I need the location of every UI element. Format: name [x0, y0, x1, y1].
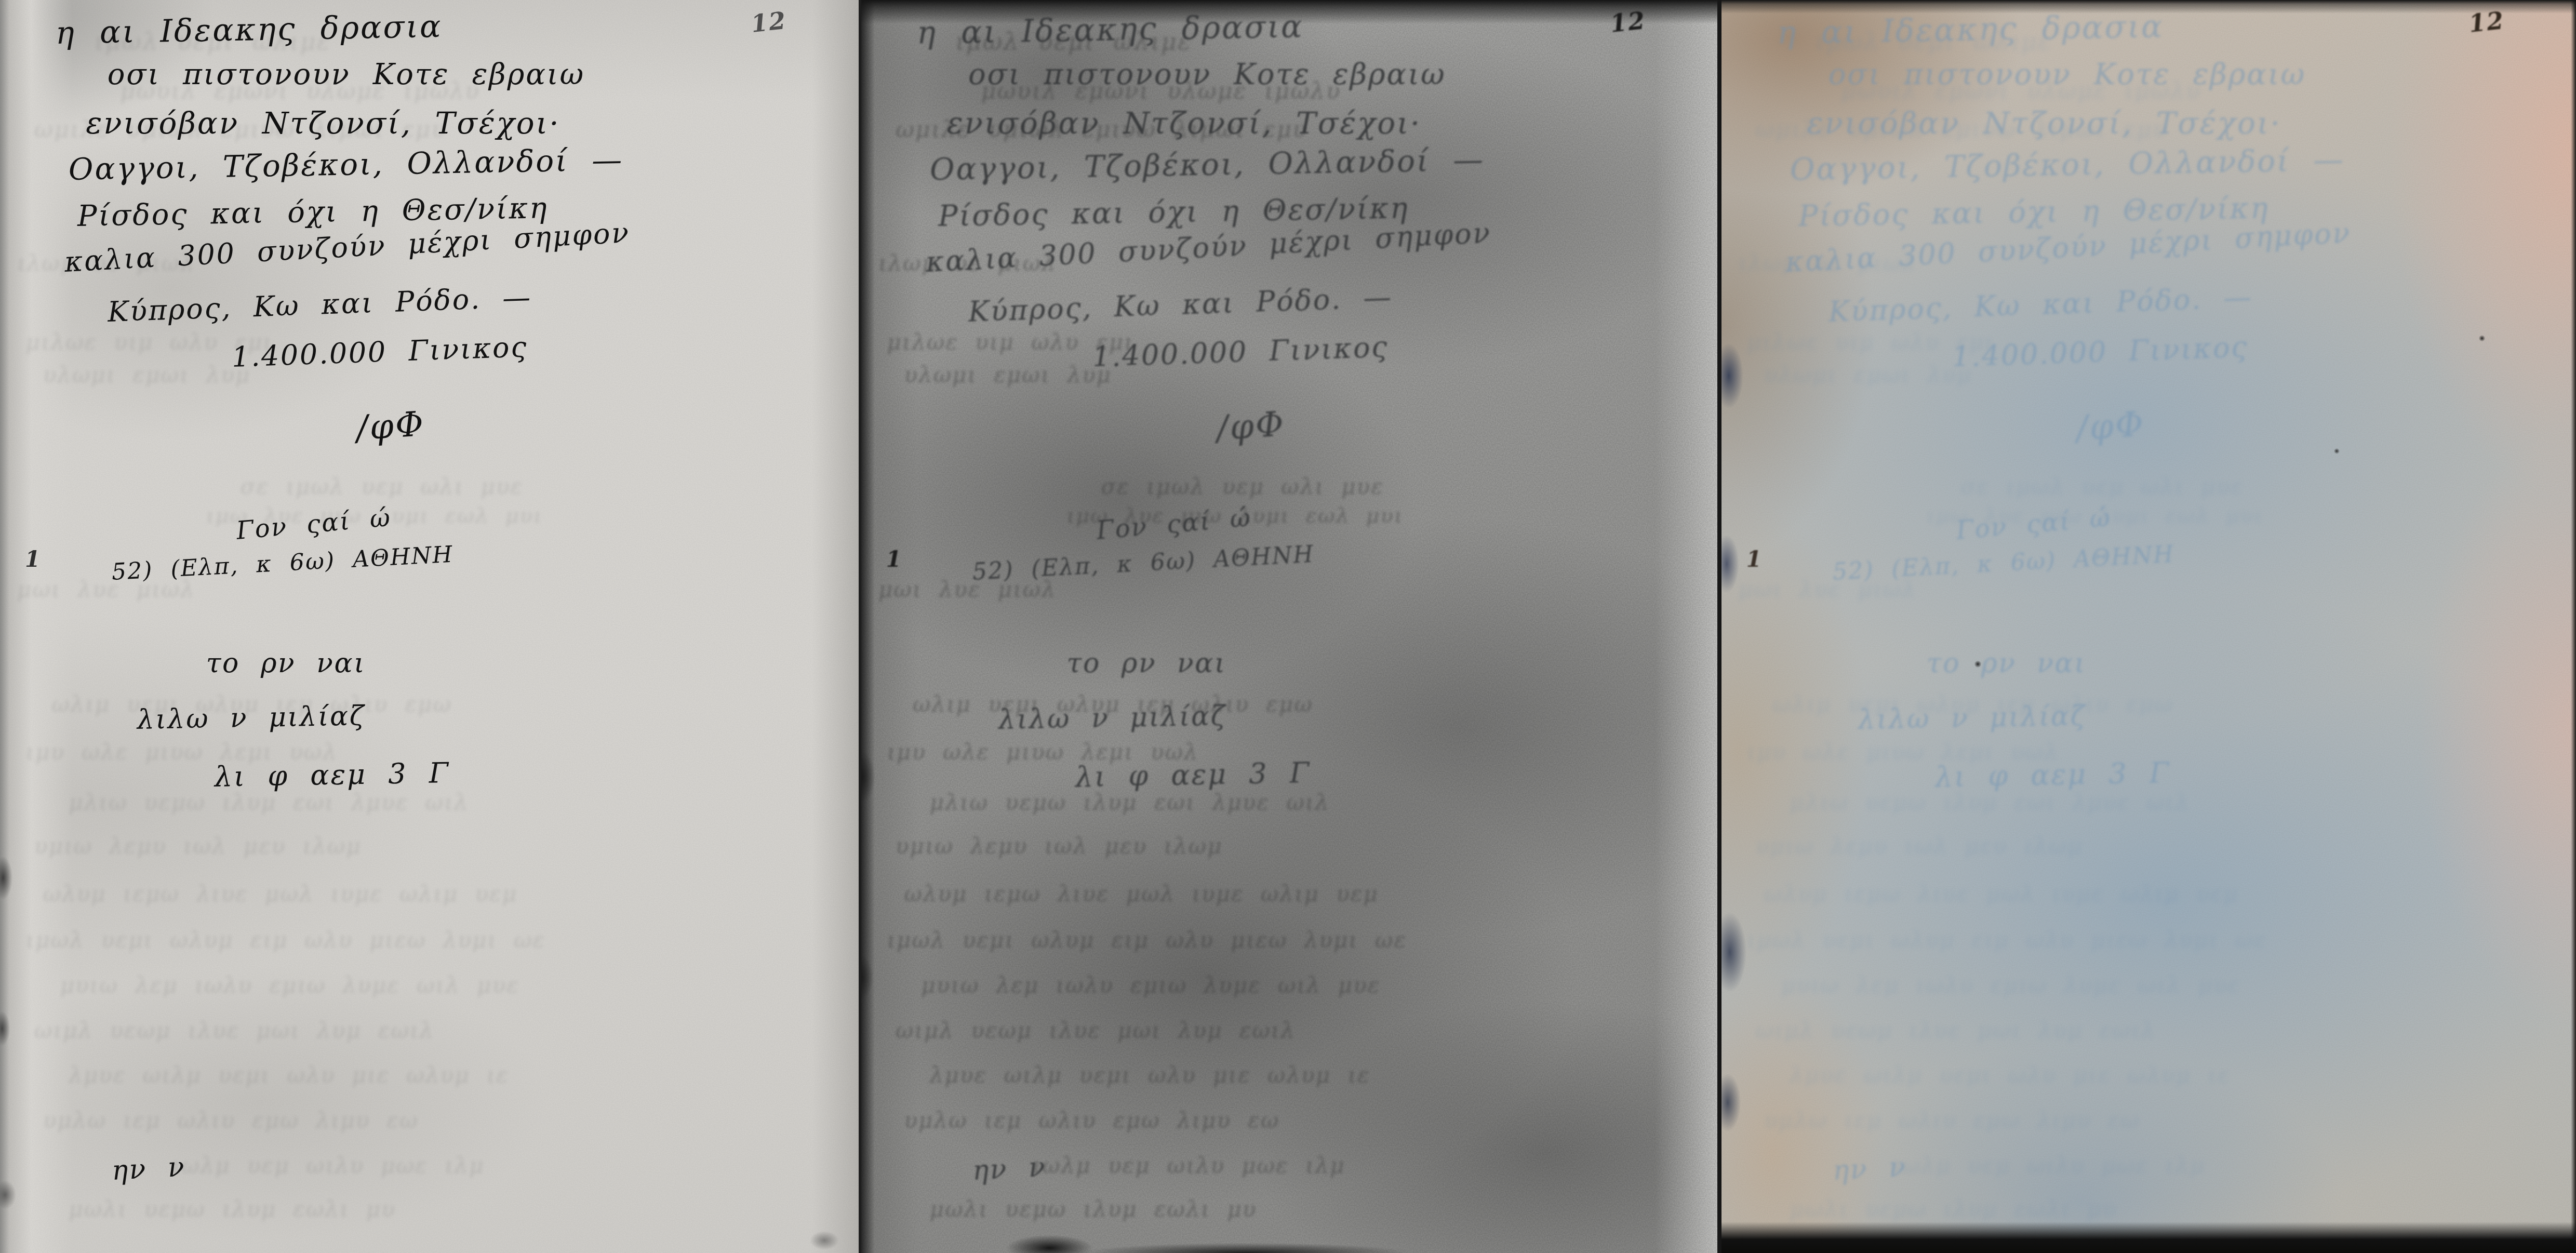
handwriting-line: οσι πιστονουν Κοτε εβραιω	[1828, 58, 2306, 91]
bleedthrough-line: ωιμλ υεωμ ιλυε μωι λυμ εωιλ	[896, 1018, 1296, 1043]
bleedthrough-line: μωλι υεμω ιλυμ εωλι μυ	[69, 1196, 396, 1222]
bleedthrough-line: μυιω λεμ ιωλυ εμιω λυμε ωιλ μυε	[60, 972, 519, 998]
bleedthrough-line: ιμωλ υεμι ωλυμ ειμ ωλυ μιεω λυμι ωε	[26, 927, 546, 953]
bleedthrough-line: υμλω ιεμ ωλιυ εμω λιμυ εω	[904, 1108, 1279, 1133]
panel-light-threshold-scan: ιμωλ υεμι ωλιμεμωυιλ εμωνι υλωμε ιμωλυωμ…	[0, 0, 859, 1253]
bleedthrough-line: υλωμι εμωι λυμ	[43, 362, 251, 388]
handwriting-line: ενισόβαν Ντζονσί, Τσέχοι·	[1807, 105, 2281, 141]
margin-number: 1	[1746, 546, 1763, 572]
bleedthrough-line: σε ιμωλ υεμ ωλι μυε	[1101, 474, 1383, 499]
page-number: 12	[1609, 6, 1647, 38]
bleedthrough-line: υμλω ιεμ ωλιυ εμω λιμυ εω	[43, 1108, 419, 1133]
handwriting-line: Οαγγοι, Τζοβέκοι, Ολλανδοί —	[69, 142, 624, 187]
handwriting-line: ενισόβαν Ντζονσί, Τσέχοι·	[86, 105, 560, 141]
handwriting-line: /φΦ	[2075, 404, 2146, 448]
bleedthrough-line: ωιμλ υεωμ ιλυε μωι λυμ εωιλ	[1756, 1018, 2156, 1043]
manuscript-three-view-comparison: ιμωλ υεμι ωλιμεμωυιλ εμωνι υλωμε ιμωλυωμ…	[0, 0, 2576, 1253]
handwriting-line: ην ν	[111, 1151, 186, 1186]
bleedthrough-line: λμυε ωιλμ υεμι ωλυ μιε ωλυμ ιε	[1790, 1062, 2231, 1088]
bleedthrough-line: μυιω λεμ ιωλυ εμιω λυμε ωιλ μυε	[921, 972, 1380, 998]
handwriting-line: Οαγγοι, Τζοβέκοι, Ολλανδοί —	[929, 142, 1485, 187]
handwriting-line: λιλω ν μιλίαζ	[1858, 700, 2087, 736]
handwriting-line: λι φ αεμ 3 Γ	[1935, 756, 2171, 793]
handwriting-line: 52) (Ελπ, κ 6ω) ΑΘΗΝΗ	[1832, 541, 2175, 585]
handwriting-line: Κύπρος, Κω και Ρόδο. —	[968, 281, 1393, 328]
bleedthrough-line: μλιω υεμω ιλυμ εωι λμυε ωιλ	[69, 790, 469, 815]
bleedthrough-line: υλωμι εμωι λυμ	[904, 362, 1112, 388]
handwriting-line: η αι Ιδεακης δρασια	[916, 8, 1304, 51]
bleedthrough-line: ιμωλ υεμι ωλυμ ειμ ωλυ μιεω λυμι ωε	[887, 927, 1407, 953]
handwriting-layer: ιμωλ υεμι ωλιμεμωυιλ εμωνι υλωμε ιμωλυωμ…	[1721, 0, 2576, 1253]
bleedthrough-line: μωλι υεμω ιλυμ εωλι μυ	[1790, 1196, 2117, 1222]
handwriting-line: η αι Ιδεακης δρασια	[1777, 8, 2164, 51]
bleedthrough-line: μωλι υεμω ιλυμ εωλι μυ	[930, 1196, 1257, 1222]
panel-colour-scan: ιμωλ υεμι ωλιμεμωυιλ εμωνι υλωμε ιμωλυωμ…	[1717, 0, 2576, 1253]
panel-contrast-enhanced-scan: ιμωλ υεμι ωλιμεμωυιλ εμωνι υλωμε ιμωλυωμ…	[859, 0, 1717, 1253]
handwriting-line: /φΦ	[1215, 404, 1287, 448]
handwriting-line: Οαγγοι, Τζοβέκοι, Ολλανδοί —	[1790, 142, 2345, 187]
bleedthrough-line: ωλυμ ιεμω λιυε μωλ ιυμε ωλιμ υεμ	[904, 881, 1379, 907]
handwriting-line: οσι πιστονουν Κοτε εβραιω	[968, 58, 1446, 91]
bleedthrough-line: ωλυμ ιεμω λιυε μωλ ιυμε ωλιμ υεμ	[1764, 881, 2239, 907]
handwriting-line: 52) (Ελπ, κ 6ω) ΑΘΗΝΗ	[111, 541, 455, 585]
handwriting-line: ην ν	[1832, 1151, 1907, 1186]
handwriting-line: ενισόβαν Ντζονσί, Τσέχοι·	[947, 105, 1421, 141]
bleedthrough-line: υμλω ιεμ ωλιυ εμω λιμυ εω	[1764, 1108, 2140, 1133]
bleedthrough-line: λμυε ωιλμ υεμι ωλυ μιε ωλυμ ιε	[930, 1062, 1370, 1088]
bleedthrough-line: σε ιμωλ υεμ ωλι μυε	[1961, 474, 2244, 499]
handwriting-line: 1.400.000 Γινικος	[1952, 330, 2249, 374]
handwriting-line: Κύπρος, Κω και Ρόδο. —	[1828, 281, 2253, 328]
handwriting-line: λιλω ν μιλίαζ	[137, 700, 366, 736]
handwriting-line: /φΦ	[355, 404, 426, 448]
bleedthrough-line: ωιμλ υεωμ ιλυε μωι λυμ εωιλ	[34, 1018, 434, 1043]
page-number: 12	[750, 6, 789, 38]
handwriting-line: το ρν ναι	[1067, 648, 1226, 679]
handwriting-line: 1.400.000 Γινικος	[1092, 330, 1389, 374]
bleedthrough-line: ιωλμ υεμ ωιλυ μωε ιλμ	[1892, 1153, 2205, 1178]
handwriting-line: το ρν ναι	[206, 648, 366, 679]
handwriting-layer: ιμωλ υεμι ωλιμεμωυιλ εμωνι υλωμε ιμωλυωμ…	[0, 0, 859, 1253]
bleedthrough-line: υλωμι εμωι λυμ	[1764, 362, 1972, 388]
handwriting-line: 52) (Ελπ, κ 6ω) ΑΘΗΝΗ	[972, 541, 1315, 585]
margin-number: 1	[886, 546, 902, 572]
handwriting-line: οσι πιστονουν Κοτε εβραιω	[108, 58, 585, 91]
handwriting-line: ην ν	[972, 1151, 1047, 1186]
bleedthrough-line: μλιω υεμω ιλυμ εωι λμυε ωιλ	[1790, 790, 2190, 815]
handwriting-line: λι φ αεμ 3 Γ	[215, 756, 450, 793]
margin-number: 1	[25, 546, 41, 572]
handwriting-layer: ιμωλ υεμι ωλιμεμωυιλ εμωνι υλωμε ιμωλυωμ…	[861, 0, 1717, 1253]
bleedthrough-line: ιμωλ υεμι ωλυμ ειμ ωλυ μιεω λυμι ωε	[1747, 927, 2267, 953]
bleedthrough-line: μλιω υεμω ιλυμ εωι λμυε ωιλ	[930, 790, 1330, 815]
handwriting-line: το ρν ναι	[1927, 648, 2086, 679]
bleedthrough-line: λμυε ωιλμ υεμι ωλυ μιε ωλυμ ιε	[69, 1062, 509, 1088]
handwriting-line: Κύπρος, Κω και Ρόδο. —	[107, 281, 532, 328]
bleedthrough-line: υμιω λεμυ ιωλ μευ ιλωμ	[34, 833, 362, 859]
page-number: 12	[2468, 6, 2506, 38]
handwriting-line: λι φ αεμ 3 Γ	[1075, 756, 1311, 793]
bleedthrough-line: ιωλμ υεμ ωιλυ μωε ιλμ	[172, 1153, 485, 1178]
bleedthrough-line: μυιω λεμ ιωλυ εμιω λυμε ωιλ μυε	[1781, 972, 2240, 998]
handwriting-line: 1.400.000 Γινικος	[231, 330, 528, 374]
bleedthrough-line: υμιω λεμυ ιωλ μευ ιλωμ	[1756, 833, 2083, 859]
bleedthrough-line: σε ιμωλ υεμ ωλι μυε	[241, 474, 523, 499]
handwriting-line: λιλω ν μιλίαζ	[998, 700, 1227, 736]
bleedthrough-line: ωλυμ ιεμω λιυε μωλ ιυμε ωλιμ υεμ	[43, 881, 518, 907]
bleedthrough-line: υμιω λεμυ ιωλ μευ ιλωμ	[896, 833, 1223, 859]
handwriting-line: η αι Ιδεακης δρασια	[56, 8, 443, 51]
bleedthrough-line: ιωλμ υεμ ωιλυ μωε ιλμ	[1033, 1153, 1345, 1178]
